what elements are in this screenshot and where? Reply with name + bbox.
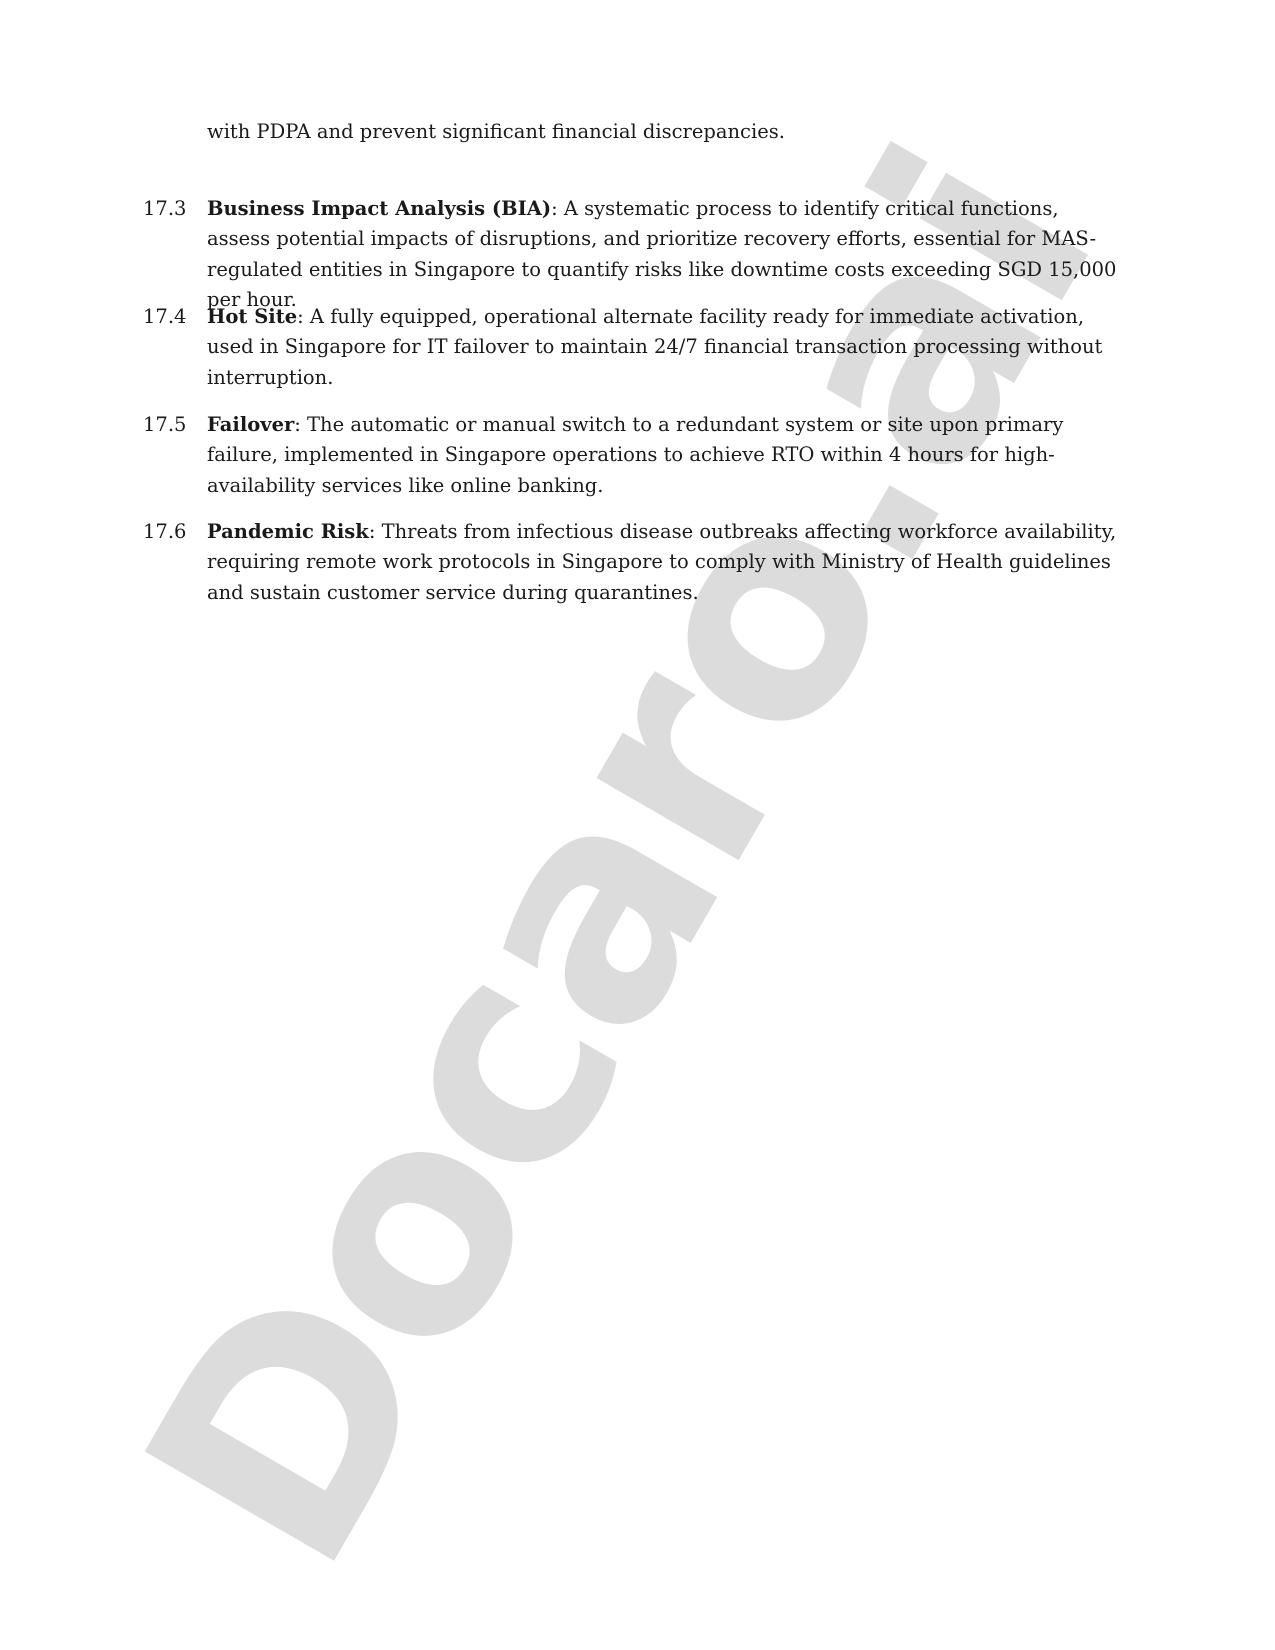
item-number: 17.4 [143,302,203,333]
item-term: Pandemic Risk [207,520,369,543]
item-number: 17.6 [143,517,203,548]
item-term: Failover [207,413,294,436]
continuation-paragraph: with PDPA and prevent significant financ… [207,117,1127,148]
document-page: Docaro.ai with PDPA and prevent signific… [0,0,1275,1650]
item-definition: : The automatic or manual switch to a re… [207,413,1063,497]
item-number: 17.5 [143,410,203,441]
item-number: 17.3 [143,194,203,225]
item-definition: : A fully equipped, operational alternat… [207,305,1102,389]
item-term: Hot Site [207,305,297,328]
item-term: Business Impact Analysis (BIA) [207,197,551,220]
